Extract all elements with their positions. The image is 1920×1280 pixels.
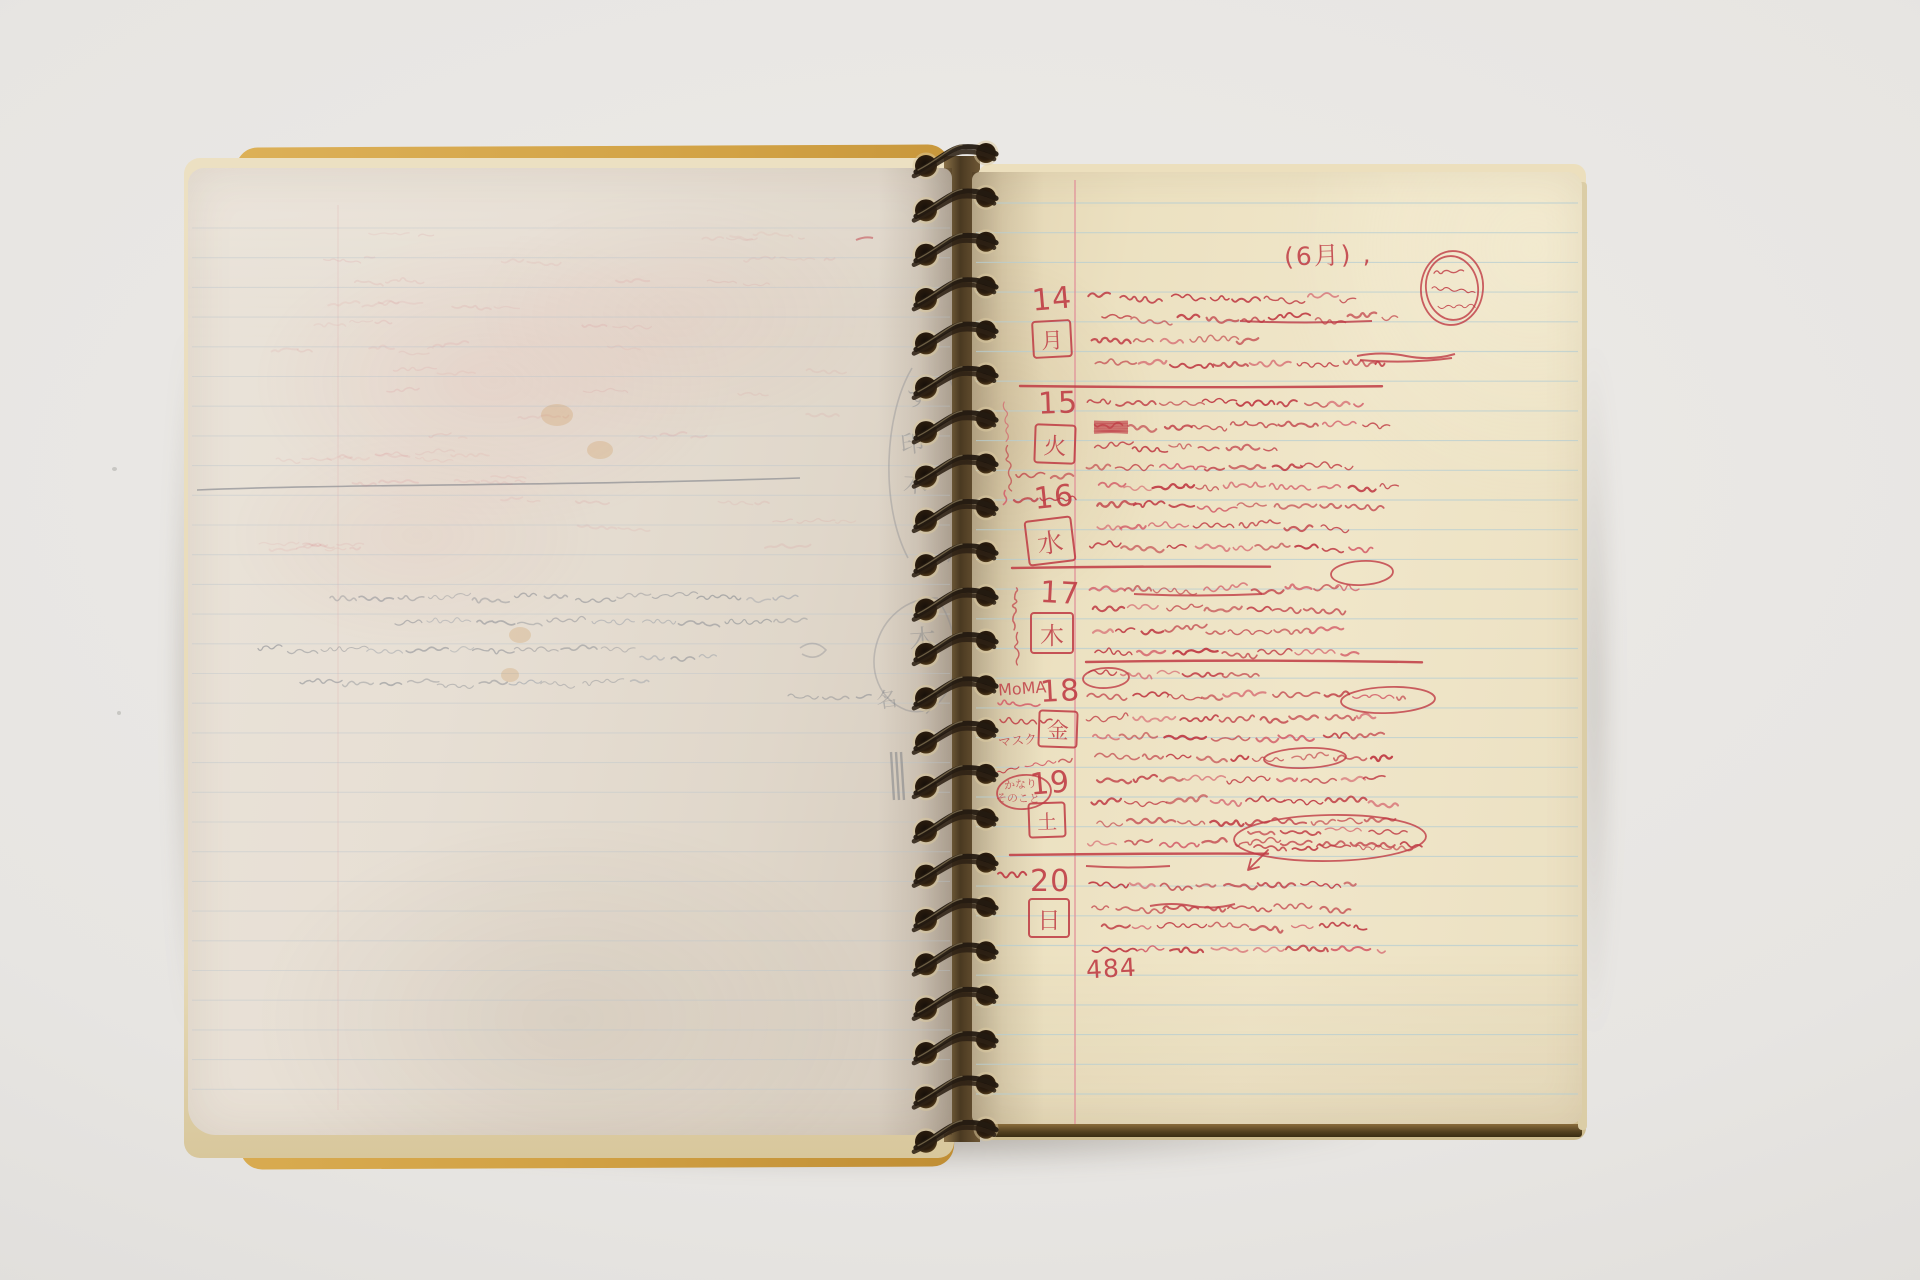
spiral-coil [913, 495, 999, 534]
spiral-coil [913, 318, 999, 357]
spiral-coil [913, 983, 999, 1022]
spiral-coil [913, 451, 999, 490]
spiral-coil [913, 894, 999, 933]
spiral-coil [913, 761, 999, 800]
spiral-coil [913, 939, 999, 978]
spiral-coil [913, 673, 999, 712]
spiral-coil [913, 229, 999, 268]
spiral-coil [913, 185, 999, 224]
spiral-coil [913, 407, 999, 446]
spiral-coil [913, 584, 999, 623]
spiral-coil [913, 1028, 999, 1067]
spiral-coil [913, 628, 999, 667]
spiral-coil [913, 806, 999, 845]
spiral-binding [0, 0, 1920, 1280]
spiral-coil [913, 274, 999, 313]
spiral-coil [913, 141, 999, 180]
spiral-coil [913, 540, 999, 579]
notebook-photo: (6月) ,48414月15火16水17木18金19土20日MoMAマスクかなり… [0, 0, 1920, 1280]
spiral-coil [913, 1116, 999, 1155]
spiral-coil [913, 1072, 999, 1111]
spiral-coil [913, 362, 999, 401]
spiral-coil [913, 717, 999, 756]
spiral-coil [913, 850, 999, 889]
